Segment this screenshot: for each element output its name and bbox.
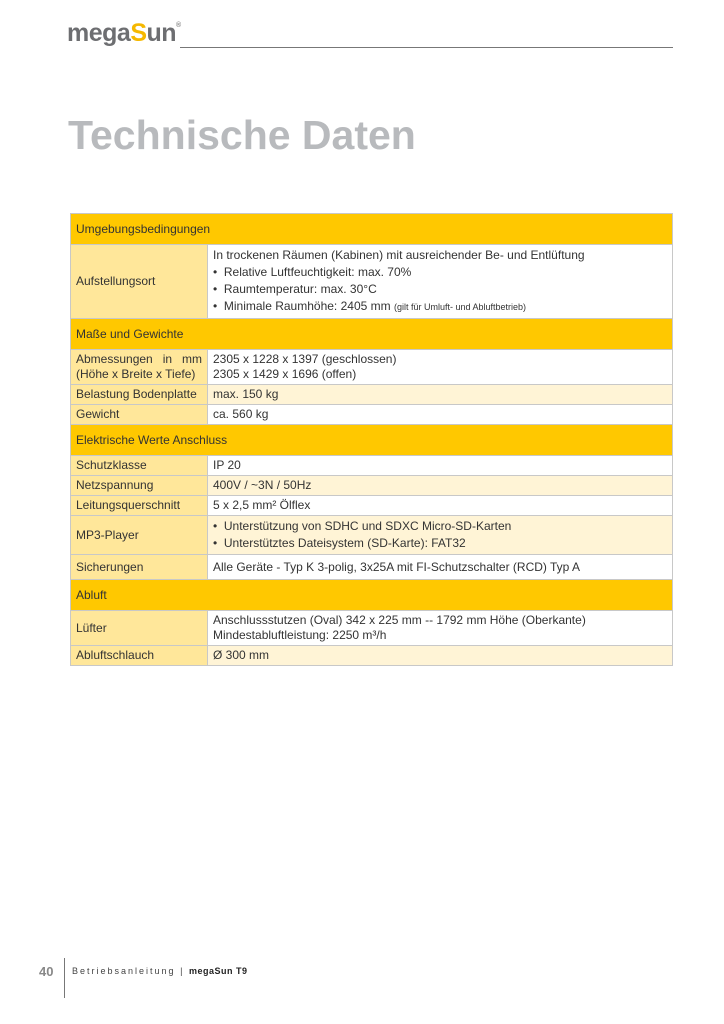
- row-value: max. 150 kg: [208, 385, 673, 405]
- megasun-logo: megaSun®: [67, 19, 181, 48]
- row-value: In trockenen Räumen (Kabinen) mit ausrei…: [208, 245, 673, 319]
- footer-doc-title: Betriebsanleitung | megaSun T9: [72, 966, 247, 976]
- table-row: Netzspannung 400V / ~3N / 50Hz: [71, 476, 673, 496]
- row-label: Abluftschlauch: [71, 646, 208, 666]
- technical-data-table: Umgebungsbedingungen Aufstellungsort In …: [70, 213, 673, 666]
- section-header-abluft: Abluft: [71, 580, 673, 611]
- row-value: Anschlussstutzen (Oval) 342 x 225 mm -- …: [208, 611, 673, 646]
- table-row: MP3-Player • Unterstützung von SDHC und …: [71, 516, 673, 555]
- row-label: Sicherungen: [71, 555, 208, 580]
- section-header-umgebung: Umgebungsbedingungen: [71, 214, 673, 245]
- row-label: Lüfter: [71, 611, 208, 646]
- table-row: Gewicht ca. 560 kg: [71, 405, 673, 425]
- row-label: Schutzklasse: [71, 456, 208, 476]
- row-value: Ø 300 mm: [208, 646, 673, 666]
- section-header-elektrik: Elektrische Werte Anschluss: [71, 425, 673, 456]
- row-label: MP3-Player: [71, 516, 208, 555]
- table-row: Schutzklasse IP 20: [71, 456, 673, 476]
- table-row: Abmessungen in mm (Höhe x Breite x Tiefe…: [71, 350, 673, 385]
- footer-divider: [64, 958, 65, 998]
- row-value: 2305 x 1228 x 1397 (geschlossen) 2305 x …: [208, 350, 673, 385]
- section-header-masse: Maße und Gewichte: [71, 319, 673, 350]
- table-row: Lüfter Anschlussstutzen (Oval) 342 x 225…: [71, 611, 673, 646]
- row-label: Leitungsquerschnitt: [71, 496, 208, 516]
- table-row: Aufstellungsort In trockenen Räumen (Kab…: [71, 245, 673, 319]
- row-label: Aufstellungsort: [71, 245, 208, 319]
- row-value: 400V / ~3N / 50Hz: [208, 476, 673, 496]
- table-row: Sicherungen Alle Geräte - Typ K 3-polig,…: [71, 555, 673, 580]
- row-label: Netzspannung: [71, 476, 208, 496]
- row-label: Gewicht: [71, 405, 208, 425]
- table-row: Belastung Bodenplatte max. 150 kg: [71, 385, 673, 405]
- row-value: ca. 560 kg: [208, 405, 673, 425]
- row-value: IP 20: [208, 456, 673, 476]
- page-title: Technische Daten: [68, 112, 416, 159]
- row-value: 5 x 2,5 mm² Ölflex: [208, 496, 673, 516]
- row-label: Belastung Bodenplatte: [71, 385, 208, 405]
- row-label: Abmessungen in mm (Höhe x Breite x Tiefe…: [71, 350, 208, 385]
- row-value: • Unterstützung von SDHC und SDXC Micro-…: [208, 516, 673, 555]
- table-row: Abluftschlauch Ø 300 mm: [71, 646, 673, 666]
- header-divider: [180, 47, 673, 48]
- page-number: 40: [39, 964, 53, 979]
- table-row: Leitungsquerschnitt 5 x 2,5 mm² Ölflex: [71, 496, 673, 516]
- row-value: Alle Geräte - Typ K 3-polig, 3x25A mit F…: [208, 555, 673, 580]
